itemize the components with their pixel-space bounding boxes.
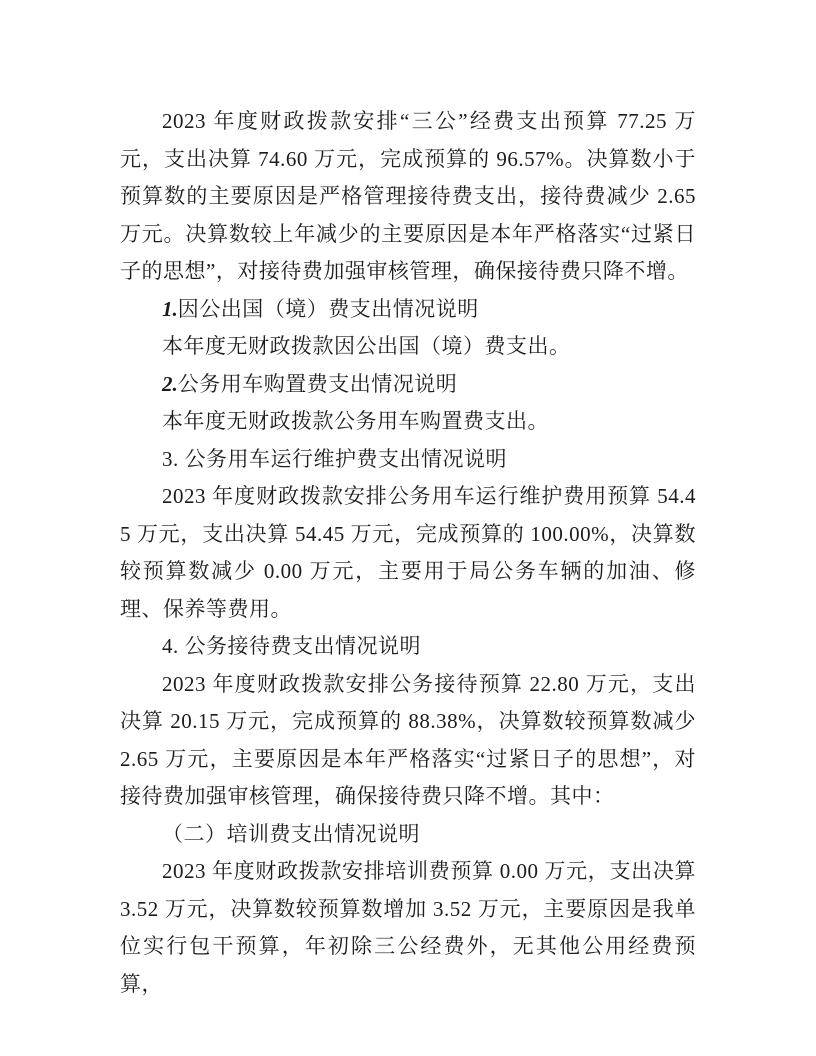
para-vehicle-purchase: 本年度无财政拨款公务用车购置费支出。 <box>120 403 696 441</box>
heading-training-expense: （二）培训费支出情况说明 <box>120 816 696 854</box>
para-training-expense: 2023 年度财政拨款安排培训费预算 0.00 万元，支出决算 3.52 万元，… <box>120 853 696 1003</box>
document-page: 2023 年度财政拨款安排“三公”经费支出预算 77.25 万元，支出决算 74… <box>0 0 816 1056</box>
heading-abroad-expense: 1.因公出国（境）费支出情况说明 <box>120 291 696 329</box>
document-body: 2023 年度财政拨款安排“三公”经费支出预算 77.25 万元，支出决算 74… <box>120 103 696 1003</box>
para-abroad-expense: 本年度无财政拨款因公出国（境）费支出。 <box>120 328 696 366</box>
para-official-reception: 2023 年度财政拨款安排公务接待预算 22.80 万元，支出决算 20.15 … <box>120 666 696 816</box>
heading-vehicle-maintenance: 3. 公务用车运行维护费支出情况说明 <box>120 441 696 479</box>
heading-official-reception: 4. 公务接待费支出情况说明 <box>120 628 696 666</box>
heading-vehicle-purchase: 2.公务用车购置费支出情况说明 <box>120 366 696 404</box>
para-vehicle-maintenance: 2023 年度财政拨款安排公务用车运行维护费用预算 54.45 万元，支出决算 … <box>120 478 696 628</box>
para-sangong-overview: 2023 年度财政拨款安排“三公”经费支出预算 77.25 万元，支出决算 74… <box>120 103 696 291</box>
list-number: 1. <box>162 297 178 321</box>
list-number: 2. <box>162 372 178 396</box>
